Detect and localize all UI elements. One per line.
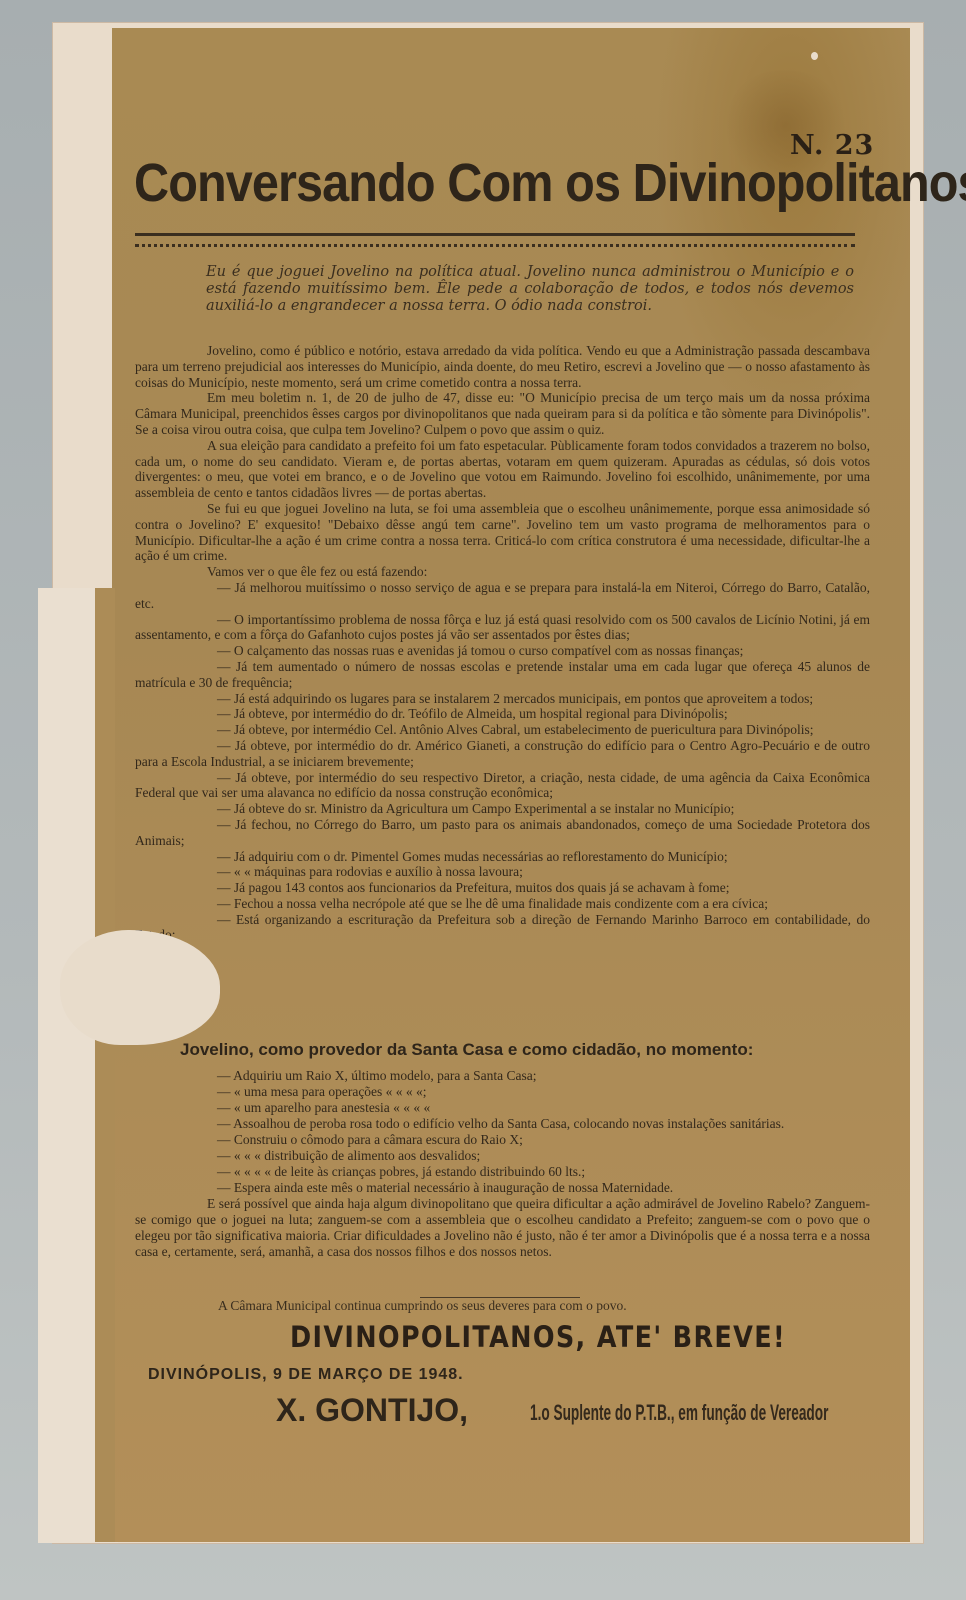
broadside-sheet-lower-fold — [95, 588, 115, 1542]
torn-hole — [60, 930, 220, 1045]
paragraph: Jovelino, como é público e notório, esta… — [135, 343, 870, 390]
santa-casa-item: — « « « « de leite às crianças pobres, j… — [135, 1164, 870, 1180]
santa-casa-item: — « uma mesa para operações « « « «; — [135, 1084, 870, 1100]
achievement-item: — O importantíssimo problema de nossa fô… — [135, 612, 870, 644]
achievement-item: — Fechou a nossa velha necrópole até que… — [135, 896, 870, 912]
achievement-item: — Já obteve, por intermédio do dr. Teófi… — [135, 706, 870, 722]
achievement-item: — Já adquiriu com o dr. Pimentel Gomes m… — [135, 849, 870, 865]
achievement-item: — Já tem aumentado o número de nossas es… — [135, 659, 870, 691]
signer-name: X. GONTIJO, — [276, 1392, 468, 1429]
santa-casa-item: — Adquiriu um Raio X, último modelo, par… — [135, 1068, 870, 1084]
achievement-item: — Já obteve, por intermédio do dr. Améri… — [135, 738, 870, 770]
closing-paragraph: E será possível que ainda haja algum div… — [135, 1196, 870, 1260]
achievement-item: — Já obteve do sr. Ministro da Agricultu… — [135, 801, 870, 817]
santa-casa-item: — « um aparelho para anestesia « « « « — [135, 1100, 870, 1116]
camara-note: A Câmara Municipal continua cumprindo os… — [218, 1298, 627, 1314]
achievement-item: — Está organizando a escrituração da Pre… — [135, 912, 870, 944]
achievement-item: — Já pagou 143 contos aos funcionarios d… — [135, 880, 870, 896]
achievement-item: — Já melhorou muitíssimo o nosso serviço… — [135, 580, 870, 612]
achievement-item: — O calçamento das nossas ruas e avenida… — [135, 643, 870, 659]
paragraph: Se fui eu que joguei Jovelino na luta, s… — [135, 501, 870, 564]
pin-hole — [811, 52, 818, 60]
santa-casa-list: — Adquiriu um Raio X, último modelo, par… — [135, 1068, 870, 1260]
title-rule — [135, 233, 855, 236]
dateline: DIVINÓPOLIS, 9 DE MARÇO DE 1948. — [148, 1366, 464, 1384]
achievement-item: — Já fechou, no Córrego do Barro, um pas… — [135, 817, 870, 849]
santa-casa-heading: Jovelino, como provedor da Santa Casa e … — [180, 1040, 753, 1060]
achievement-item: — Já obteve, por intermédio Cel. Antônio… — [135, 722, 870, 738]
santa-casa-item: — « « « distribuição de alimento aos des… — [135, 1148, 870, 1164]
signer-role: 1.o Suplente do P.T.B., em função de Ver… — [530, 1400, 828, 1426]
achievement-item: — « « máquinas para rodovias e auxílio à… — [135, 864, 870, 880]
santa-casa-item: — Assoalhou de peroba rosa todo o edifíc… — [135, 1116, 870, 1132]
paragraph: Vamos ver o que êle fez ou está fazendo: — [135, 564, 870, 580]
achievement-item: — Já está adquirindo os lugares para se … — [135, 691, 870, 707]
title-ornament-rule — [135, 240, 855, 247]
santa-casa-item: — Espera ainda este mês o material neces… — [135, 1180, 870, 1196]
achievement-item: — Já obteve, por intermédio do seu respe… — [135, 770, 870, 802]
body-text: Jovelino, como é público e notório, esta… — [135, 343, 870, 943]
paragraph: Em meu boletim n. 1, de 20 de julho de 4… — [135, 390, 870, 437]
intro-paragraph: Eu é que joguei Jovelino na política atu… — [206, 264, 854, 315]
paragraph: A sua eleição para candidato a prefeito … — [135, 438, 870, 501]
farewell-banner: DIVINOPOLITANOS, ATE' BREVE! — [290, 1320, 786, 1354]
santa-casa-item: — Construiu o cômodo para a câmara escur… — [135, 1132, 870, 1148]
document-title: Conversando Com os Divinopolitanos — [134, 152, 791, 214]
